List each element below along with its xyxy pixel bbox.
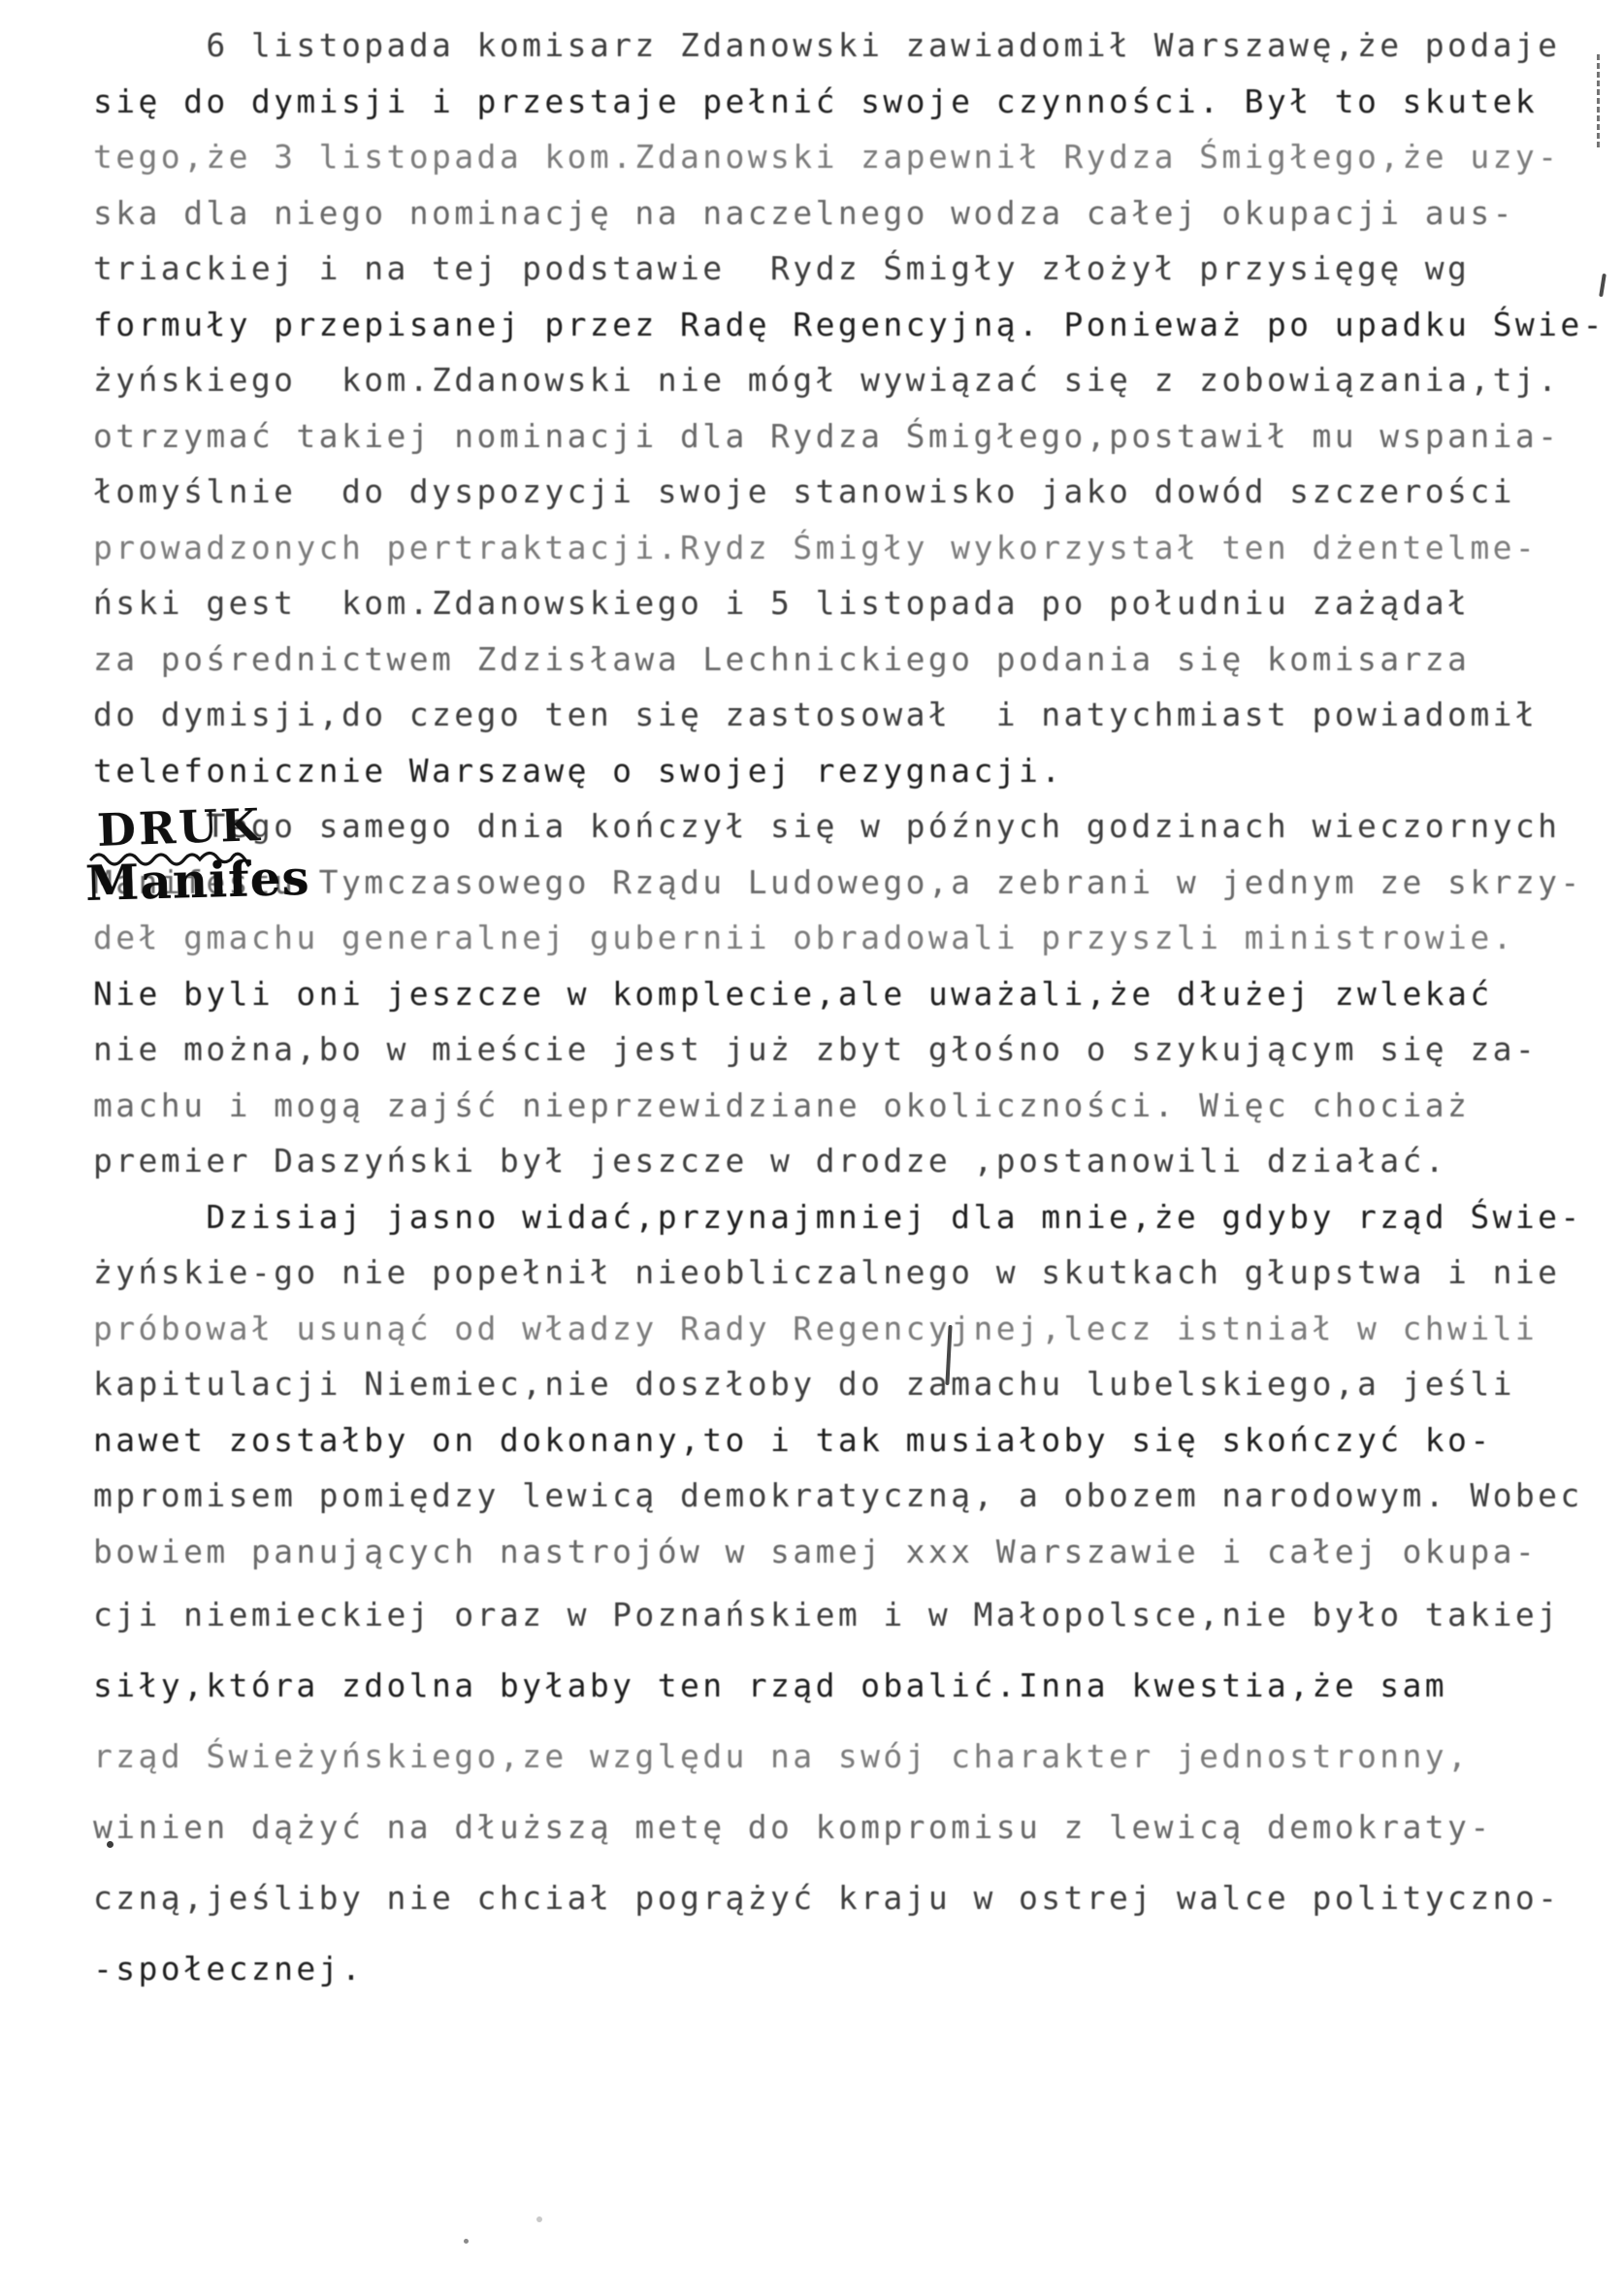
ink-speck [464,2239,469,2244]
typed-line: winien dążyć na dłuższą metę do kompromi… [93,1792,1606,1862]
typed-line: kapitulacji Niemiec,nie doszłoby do zama… [93,1356,1606,1412]
typed-line: tego,że 3 listopada kom.Zdanowski zapewn… [93,129,1606,185]
typed-line: 6 listopada komisarz Zdanowski zawiadomi… [93,17,1606,74]
typed-line: cji niemieckiej oraz w Poznańskiem i w M… [93,1579,1606,1650]
typed-line: do dymisji,do czego ten się zastosował i… [93,687,1606,743]
typed-line: prowadzonych pertraktacji.Rydz Śmigły wy… [93,520,1606,576]
handwritten-overwrite-word: Manifes [84,849,310,912]
typed-line: się do dymisji i przestaje pełnić swoje … [93,74,1606,130]
typed-line: rząd Świeżyńskiego,ze względu na swój ch… [93,1721,1606,1792]
typed-line: siły,która zdolna byłaby ten rząd obalić… [93,1650,1606,1721]
ink-speck [107,1841,114,1848]
typed-line: czną,jeśliby nie chciał pogrążyć kraju w… [93,1862,1606,1933]
typed-line: -społecznej. [93,1933,1606,2004]
typed-line: ński gest kom.Zdanowskiego i 5 listopada… [93,575,1606,631]
typed-line: Tego samego dnia kończył się w późnych g… [93,798,1606,855]
document-page: 6 listopada komisarz Zdanowski zawiadomi… [0,0,1623,2296]
typed-line: żyńskie-go nie popełnił nieobliczalnego … [93,1245,1606,1301]
typed-line: Dzisiaj jasno widać,przynajmniej dla mni… [93,1189,1606,1245]
typed-text-block: 6 listopada komisarz Zdanowski zawiadomi… [93,17,1606,2004]
ink-speck [536,2216,542,2222]
typed-line: deł gmachu generalnej gubernii obradowal… [93,910,1606,966]
margin-dash-mark [1597,54,1600,147]
typed-line: Nie byli oni jeszcze w komplecie,ale uwa… [93,966,1606,1022]
typed-line: próbował usunąć od władzy Rady Regencyjn… [93,1301,1606,1357]
typed-line: nie można,bo w mieście jest już zbyt gło… [93,1021,1606,1078]
typed-line: otrzymać takiej nominacji dla Rydza Śmig… [93,408,1606,465]
typed-line: ska dla niego nominację na naczelnego wo… [93,185,1606,242]
typed-line: machu i mogą zajść nieprzewidziane okoli… [93,1078,1606,1134]
typed-line: nawet zostałby on dokonany,to i tak musi… [93,1412,1606,1469]
typed-line: triackiej i na tej podstawie Rydz Śmigły… [93,241,1606,297]
typed-line: bowiem panujących nastrojów w samej xxx … [93,1524,1606,1580]
typed-line: żyńskiego kom.Zdanowski nie mógł wywiąza… [93,352,1606,408]
typed-line: premier Daszyński był jeszcze w drodze ,… [93,1133,1606,1189]
typed-line: za pośrednictwem Zdzisława Lechnickiego … [93,631,1606,688]
typed-line: formuły przepisanej przez Radę Regencyjn… [93,297,1606,353]
typed-line: Manifestu Tymczasowego Rządu Ludowego,a … [93,855,1606,911]
typed-line: telefonicznie Warszawę o swojej rezygnac… [93,743,1606,799]
typed-line: mpromisem pomiędzy lewicą demokratyczną,… [93,1468,1606,1524]
typed-line: łomyślnie do dyspozycji swoje stanowisko… [93,464,1606,520]
